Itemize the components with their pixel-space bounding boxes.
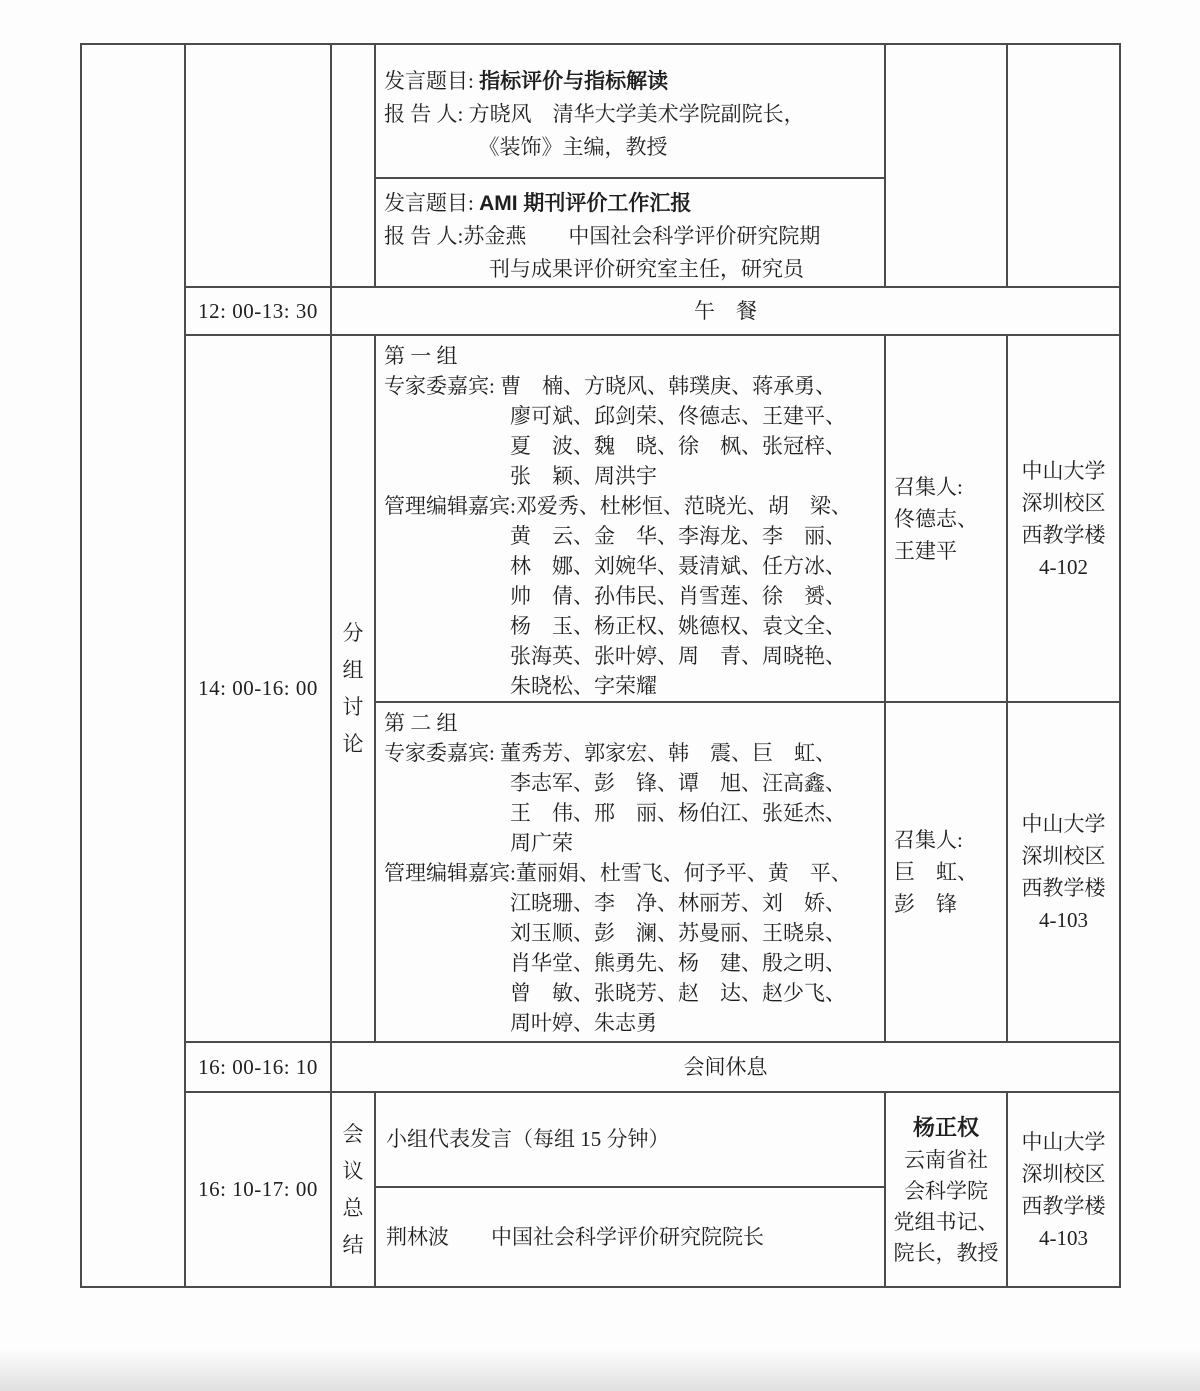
speech-1-reporter: 报 告 人: 方晓风 清华大学美术学院副院长， 《装饰》主编，教授 <box>384 98 880 164</box>
row-break: 16: 00-16: 10 会间休息 <box>81 1042 1120 1092</box>
cell-speech-1: 发言题目: 指标评价与指标解读 报 告 人: 方晓风 清华大学美术学院副院长， … <box>375 44 885 178</box>
cell-location-speeches-empty <box>1007 44 1120 287</box>
cell-time-break: 16: 00-16: 10 <box>185 1042 331 1092</box>
cell-convener-speeches-empty <box>885 44 1007 287</box>
row-group-1: 14: 00-16: 00 分 组 讨 论 第 一 组 专家委嘉宾: 曹 楠、方… <box>81 335 1120 702</box>
summary-vertical-label: 会 议 总 结 <box>332 1116 374 1264</box>
row-summary-1: 16: 10-17: 00 会 议 总 结 小组代表发言（每组 15 分钟） 杨… <box>81 1092 1120 1187</box>
speech-2-title: AMI 期刊评价工作汇报 <box>479 192 691 215</box>
cell-summary-item-1: 小组代表发言（每组 15 分钟） <box>375 1092 885 1187</box>
cell-group-1-location: 中山大学 深圳校区 西教学楼 4-102 <box>1007 335 1120 702</box>
speech-1-title-label: 发言题目: <box>384 69 479 93</box>
speech-1-title-line: 发言题目: 指标评价与指标解读 <box>384 65 880 98</box>
cell-group-1-content: 第 一 组 专家委嘉宾: 曹 楠、方晓风、韩璞庚、蒋承勇、 廖可斌、邱剑荣、佟德… <box>375 335 885 702</box>
speech-2-title-line: 发言题目: AMI 期刊评价工作汇报 <box>384 187 880 220</box>
group-discussion-vertical-label: 分 组 讨 论 <box>332 615 374 763</box>
cell-break-label: 会间休息 <box>331 1042 1120 1092</box>
cell-lunch-label: 午 餐 <box>331 287 1120 335</box>
cell-time-lunch: 12: 00-13: 30 <box>185 287 331 335</box>
cell-group-2-location: 中山大学 深圳校区 西教学楼 4-103 <box>1007 702 1120 1042</box>
page-bottom-shadow <box>0 1349 1200 1391</box>
conference-schedule-table: 发言题目: 指标评价与指标解读 报 告 人: 方晓风 清华大学美术学院副院长， … <box>80 43 1121 1288</box>
cell-group-2-convener: 召集人: 巨 虹、 彭 锋 <box>885 702 1007 1042</box>
speech-2-reporter: 报 告 人:苏金燕 中国社会科学评价研究院期 刊与成果评价研究室主任，研究员 <box>384 220 880 286</box>
speech-2-title-label: 发言题目: <box>384 191 479 215</box>
row-speech-1: 发言题目: 指标评价与指标解读 报 告 人: 方晓风 清华大学美术学院副院长， … <box>81 44 1120 178</box>
cell-summary-item-2: 荆林波 中国社会科学评价研究院院长 <box>375 1187 885 1287</box>
cell-time-group-discussion: 14: 00-16: 00 <box>185 335 331 1042</box>
cell-time-summary: 16: 10-17: 00 <box>185 1092 331 1287</box>
cell-group-2-content: 第 二 组 专家委嘉宾: 董秀芳、郭家宏、韩 震、巨 虹、 李志军、彭 锋、谭 … <box>375 702 885 1042</box>
cell-summary-location: 中山大学 深圳校区 西教学楼 4-103 <box>1007 1092 1120 1287</box>
cell-time-speeches-empty <box>185 44 331 287</box>
cell-speech-2: 发言题目: AMI 期刊评价工作汇报 报 告 人:苏金燕 中国社会科学评价研究院… <box>375 178 885 287</box>
cell-summary-convener: 杨正权 云南省社 会科学院 党组书记、 院长，教授 <box>885 1092 1007 1287</box>
summary-convener-desc: 云南省社 会科学院 党组书记、 院长，教授 <box>886 1145 1006 1269</box>
cell-session-group-discussion: 分 组 讨 论 <box>331 335 375 1042</box>
cell-group-1-convener: 召集人: 佟德志、 王建平 <box>885 335 1007 702</box>
cell-session-summary: 会 议 总 结 <box>331 1092 375 1287</box>
cell-session-speeches-empty <box>331 44 375 287</box>
speech-1-title: 指标评价与指标解读 <box>479 70 668 93</box>
cell-left-margin-column <box>81 44 185 1287</box>
summary-convener-name: 杨正权 <box>886 1111 1006 1145</box>
row-lunch: 12: 00-13: 30 午 餐 <box>81 287 1120 335</box>
